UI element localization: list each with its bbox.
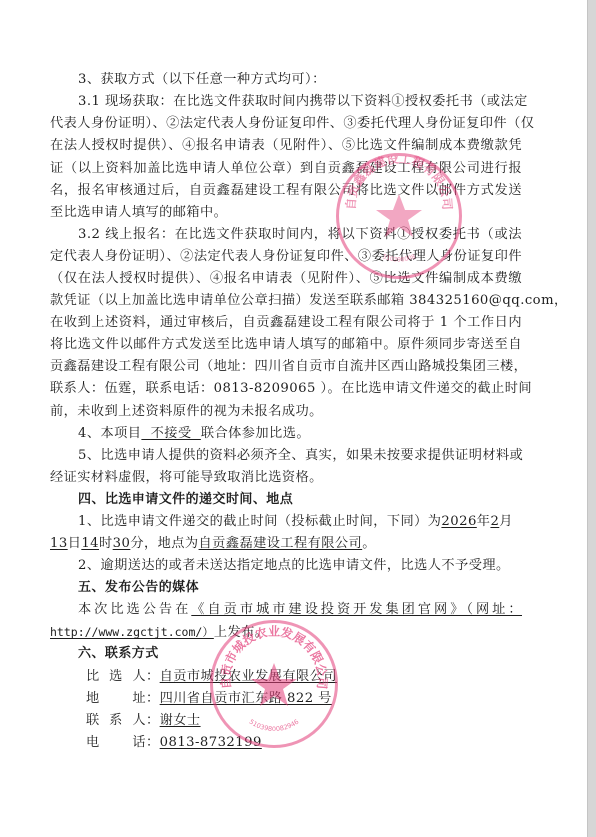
section-3-heading: 3、获取方式（以下任意一种方式均可）：	[78, 71, 522, 89]
contact-label: 联系人	[86, 712, 146, 730]
item-4: 4、本项目 不接受 联合体参加比选。	[78, 425, 522, 443]
page-edge-scrollbar	[587, 0, 596, 837]
p32-line-3: （仅在法人授权时提供）、④报名申请表（见附件）、⑤比选文件编制成本费缴	[50, 270, 522, 288]
colon: ：	[146, 735, 160, 750]
colon: ：	[146, 669, 160, 684]
contact-value: 谢女士	[160, 713, 201, 728]
p32-line-2: 定代表人身份证明）、②法定代表人身份证复印件、③委托代理人身份证复印件	[50, 248, 522, 266]
section-4-heading: 四、比选申请文件的递交时间、地点	[78, 491, 522, 509]
item-5-line-1: 5、比选申请人提供的资料必须齐全、真实，如果未按要求提供证明材料或	[78, 447, 522, 465]
deadline-text: 1、比选申请文件递交的截止时间（投标截止时间，下同）为	[78, 514, 441, 529]
contact-row-selector: 比选人：自贡市城投农业发展有限公司	[86, 668, 558, 686]
deadline-end: 。	[362, 536, 376, 551]
p31-line-1: 3.1 现场获取：在比选文件获取时间内携带以下资料①授权委托书（或法定	[78, 93, 522, 111]
colon: ：	[146, 691, 160, 706]
p32-line-5: 在收到上述资料，通过审核后，自贡鑫磊建设工程有限公司将于 1 个工作日内	[50, 314, 522, 332]
media-prefix: 本次比选公告在	[78, 602, 191, 617]
p32-line-1: 3.2 线上报名：在比选文件获取时间内，将以下资料①授权委托书（或法	[78, 226, 522, 244]
late-submission-note: 2、逾期送达的或者未送达指定地点的比选申请文件，比选人不予受理。	[78, 557, 522, 575]
p32-line-4: 款凭证（以上加盖比选申请单位公章扫描）发送至联系邮箱 384325160@qq.…	[50, 292, 522, 310]
joint-venture-value: 不接受	[141, 426, 200, 441]
contact-row-phone: 电话：0813-8732199	[86, 734, 558, 752]
p31-line-2: 代表人身份证明）、②法定代表人身份证复印件、③委托代理人身份证复印件（仅	[50, 115, 522, 133]
contact-label: 比选人	[86, 668, 146, 686]
contact-value: 四川省自贡市汇东路 822 号	[160, 691, 332, 706]
p32-line-6: 将比选文件以邮件方式发送至比选申请人填写的邮箱中。原件须同步寄送至自	[50, 336, 522, 354]
contact-row-address: 地址：四川省自贡市汇东路 822 号	[86, 690, 558, 708]
deadline-year: 2026	[441, 514, 476, 529]
section-6-heading: 六、联系方式	[78, 645, 522, 663]
contact-value: 自贡市城投农业发展有限公司	[160, 669, 337, 684]
p31-line-3: 在法人授权时提供）、④报名申请表（见附件）、⑤比选文件编制成本费缴款凭	[50, 137, 522, 155]
contact-label: 电话	[86, 734, 146, 752]
deadline-hour: 14	[81, 536, 99, 551]
media-url-link[interactable]: http://www.zgctjt.com/）	[50, 625, 214, 639]
media-name: 《自贡市城市建设投资开发集团官网》（网址：	[191, 602, 522, 617]
contact-row-person: 联系人：谢女士	[86, 712, 558, 730]
day-unit: 日	[68, 536, 82, 551]
p32-line-8: 联系人：伍霆，联系电话：0813-8209065 ）。在比选申请文件递交的截止时…	[50, 380, 522, 398]
document-page: 3、获取方式（以下任意一种方式均可）： 3.1 现场获取：在比选文件获取时间内携…	[0, 0, 587, 837]
p31-line-6: 至比选申请人填写的邮箱中。	[50, 204, 522, 222]
deadline-line-1: 1、比选申请文件递交的截止时间（投标截止时间，下同）为2026年2月	[78, 513, 522, 531]
media-line-2: http://www.zgctjt.com/）上发布。	[50, 623, 522, 641]
item-4-suffix: 联合体参加比选。	[201, 426, 310, 441]
deadline-line-2: 13日14时30分，地点为自贡鑫磊建设工程有限公司。	[50, 535, 522, 553]
media-suffix: 上发布。	[214, 625, 269, 640]
section-5-heading: 五、发布公告的媒体	[78, 579, 522, 597]
deadline-month: 2	[490, 514, 499, 529]
deadline-place: 自贡鑫磊建设工程有限公司	[199, 536, 363, 551]
deadline-day: 13	[50, 536, 68, 551]
year-unit: 年	[477, 514, 491, 529]
item-4-prefix: 4、本项目	[78, 426, 141, 441]
contact-value: 0813-8732199	[160, 735, 262, 750]
item-5-line-2: 经证实材料虚假，将可能导致取消比选资格。	[50, 469, 522, 487]
p31-line-5: 名，报名审核通过后，自贡鑫磊建设工程有限公司将比选文件以邮件方式发送	[50, 182, 522, 200]
p32-line-7: 贡鑫磊建设工程有限公司（地址：四川省自贡市自流井区西山路城投集团三楼，	[50, 358, 522, 376]
p31-line-4: 证（以上资料加盖比选申请人单位公章）到自贡鑫磊建设工程有限公司进行报	[50, 160, 522, 178]
hour-unit: 时	[99, 536, 113, 551]
deadline-minute: 30	[113, 536, 131, 551]
minute-unit: 分，地点为	[130, 536, 198, 551]
media-line-1: 本次比选公告在《自贡市城市建设投资开发集团官网》（网址：	[78, 601, 522, 619]
contact-label: 地址	[86, 690, 146, 708]
month-unit: 月	[499, 514, 513, 529]
colon: ：	[146, 713, 160, 728]
p32-line-9: 前，未收到上述资料原件的视为未报名成功。	[50, 403, 522, 421]
